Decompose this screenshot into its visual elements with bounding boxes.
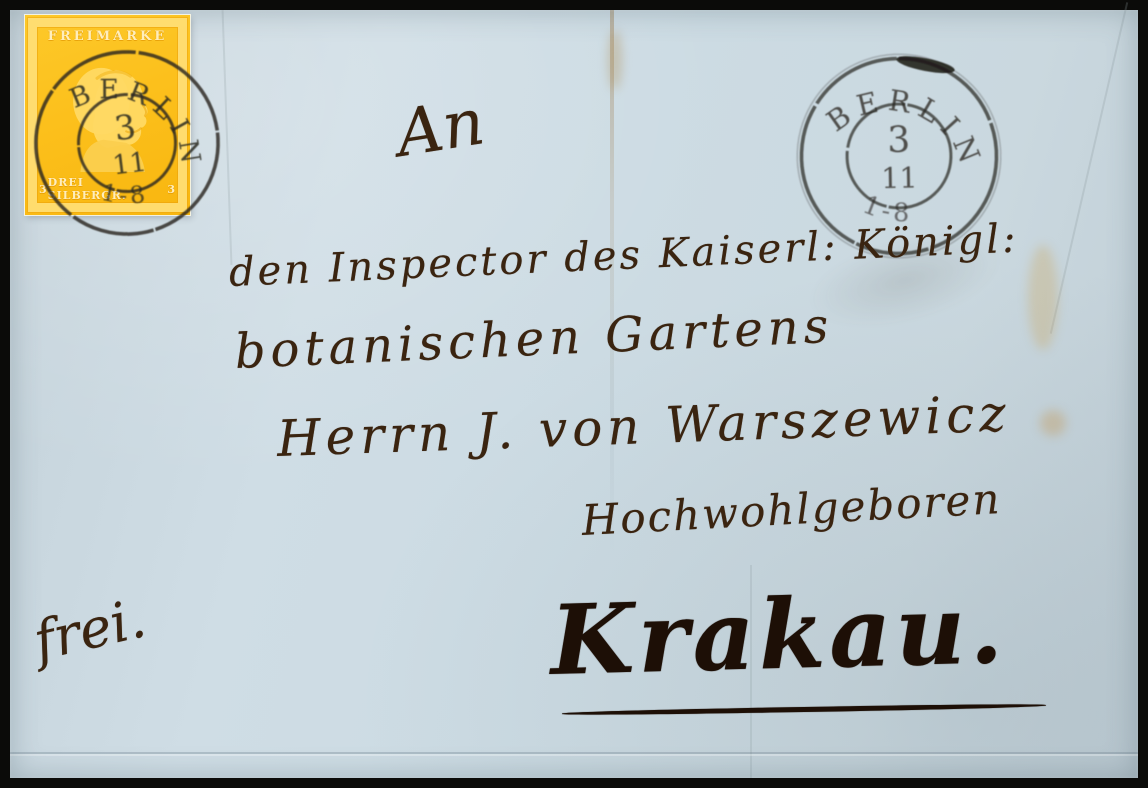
postmark-time-left: 1-8 — [99, 178, 152, 211]
destination-underline — [562, 703, 1046, 716]
vertical-fold-crease — [610, 10, 614, 555]
destination-city: Krakau. — [549, 572, 1008, 697]
postmark-month-right: 11 — [881, 160, 918, 195]
cover-photograph: FREIMARKE 3 DREI SILBERGR. 3 — [0, 0, 1148, 788]
toning-stain — [1028, 245, 1058, 350]
svg-text:1-8: 1-8 — [99, 178, 152, 211]
franking-note: frei. — [28, 586, 151, 673]
address-line-honorific: Hochwohlgeboren — [580, 474, 1002, 545]
postmark-day-right: 3 — [887, 120, 911, 161]
top-right-crease — [1050, 2, 1128, 334]
postmark-berlin-left: BERLIN 1-8 3 11 — [23, 39, 231, 247]
address-line-name: Herrn J. von Warszewicz — [276, 384, 1012, 468]
postmark-month-left: 11 — [111, 147, 149, 182]
bottom-horizontal-fold — [10, 752, 1138, 754]
toning-spot — [1040, 410, 1066, 436]
crease-toning — [608, 30, 622, 90]
address-salutation: An — [391, 85, 489, 172]
postmark-day-left: 3 — [112, 107, 138, 148]
ink-blob — [895, 53, 956, 77]
address-line-institution: botanischen Gartens — [234, 298, 835, 380]
envelope-front: FREIMARKE 3 DREI SILBERGR. 3 — [10, 10, 1138, 778]
